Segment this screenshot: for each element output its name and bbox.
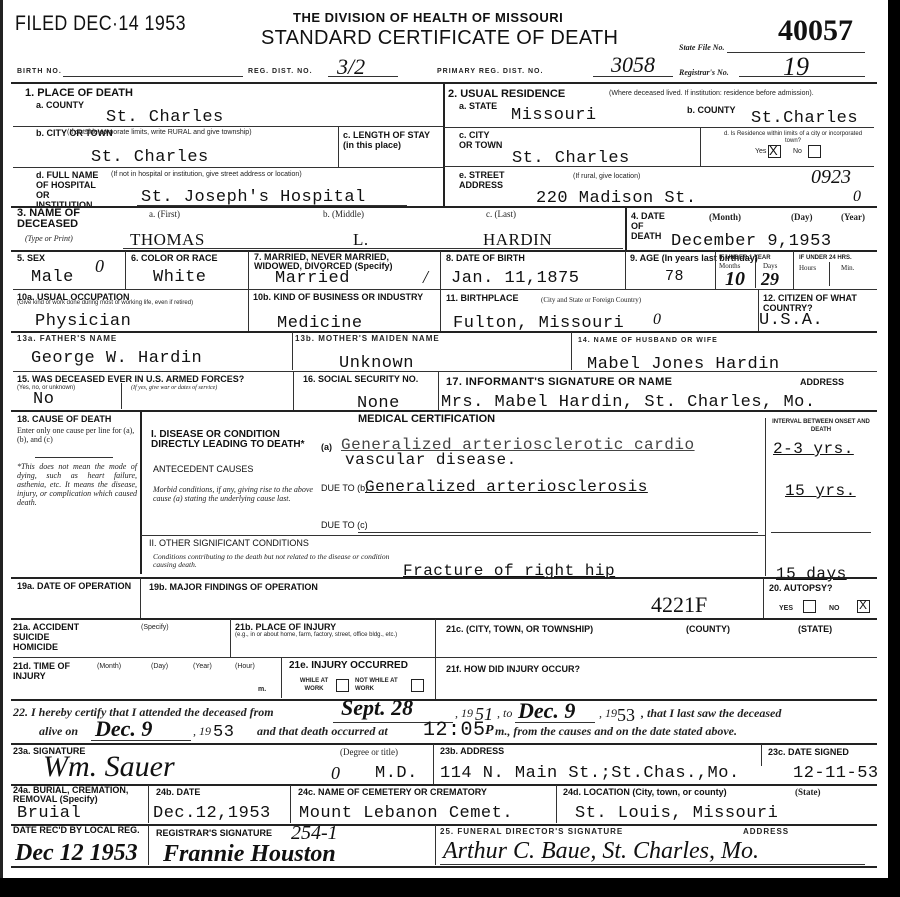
injury-m-label: m. [258,686,266,694]
injury-place-note: (e.g., in or about home, farm, factory, … [235,632,435,639]
death-ampm: P [485,720,494,742]
funeral-address-label: ADDRESS [743,828,789,836]
date-received: Dec 12 1953 [15,842,138,864]
year-prefix-3: , 19 [193,727,211,736]
cause-footnote: *This does not mean the mode of dying, s… [17,462,137,507]
place-of-death-label: 1. PLACE OF DEATH [25,87,133,99]
death-year-label: (Year) [841,213,865,221]
ssn-label: 16. SOCIAL SECURITY NO. [303,374,433,384]
injury-hour-label: (Hour) [235,663,255,671]
part2-note: Conditions contributing to the death but… [153,553,393,569]
county-label: a. COUNTY [36,100,84,110]
attended-to-date: Dec. 9 [518,700,575,722]
under-year-label: IF UNDER 1 YEAR [719,254,771,262]
usual-residence-note: (Where deceased lived. If institution: r… [609,90,814,98]
death-certificate: FILED DEC·14 1953 THE DIVISION OF HEALTH… [0,0,888,878]
injury-occurred-label: 21e. INJURY OCCURRED [289,661,408,671]
filed-stamp: FILED DEC·14 1953 [15,12,186,36]
within-limits-yes-checkbox[interactable]: X [768,145,781,158]
armed-forces-note2: (If yes, give war or dates of service) [131,384,217,392]
burial-state-label: (State) [795,788,821,796]
within-limits-no-label: No [793,148,802,156]
citizen-label: 12. CITIZEN OF WHAT COUNTRY? [763,293,875,313]
state-file-no-label: State File No. [679,43,725,52]
sex-label: 5. SEX [17,253,45,263]
residence-city-label: c. CITY OR TOWN [459,130,504,150]
hours-label: Hours [799,264,816,272]
part2-label: II. OTHER SIGNIFICANT CONDITIONS [149,538,309,548]
injury-type-label: 21a. ACCIDENT SUICIDE HOMICIDE [13,622,93,652]
date-of-death: December 9,1953 [671,233,832,251]
interval-b: 15 yrs. [785,482,856,500]
marital-code: / [423,266,428,288]
informant-address-label: ADDRESS [800,377,844,387]
name-of-deceased-label: 3. NAME OF DECEASED [17,208,117,230]
certify-line2-end: m., from the causes and on the date stat… [495,727,737,736]
date-signed: 12-11-53 [793,765,879,783]
cemetery-label: 24c. NAME OF CEMETERY OR CREMATORY [298,787,487,797]
cemetery-name: Mount Lebanon Cemet. [299,805,513,823]
date-of-death-label: 4. DATE OF DEATH [631,211,671,241]
interval-a: 2-3 yrs. [773,440,854,458]
residence-code: 0923 [811,166,851,188]
reg-dist-label: REG. DIST. NO. [248,68,313,76]
antecedent-label: ANTECEDENT CAUSES [153,464,253,474]
death-day-label: (Day) [791,213,813,221]
to-label: , to [497,709,512,718]
residence-county: St.Charles [751,110,858,128]
residence-state-label: a. STATE [459,101,497,111]
physician-address-label: 23b. ADDRESS [440,746,504,756]
usual-residence-label: 2. USUAL RESIDENCE [448,88,565,100]
autopsy-no-checkbox[interactable]: X [857,600,870,613]
antecedent-note: Morbid conditions, if any, giving rise t… [153,485,318,503]
primary-reg-dist-label: PRIMARY REG. DIST. NO. [437,68,543,76]
last-name-label: c. (Last) [486,210,516,218]
birthplace-code: 0 [653,309,661,331]
months-value: 10 [725,268,745,290]
middle-name: L. [353,231,369,249]
city-note: (If outside corporate limits, write RURA… [67,129,317,137]
burial-type-label: 24a. BURIAL, CREMATION, REMOVAL (Specify… [13,786,148,804]
injury-place-label: 21b. PLACE OF INJURY [235,622,336,632]
middle-name-label: b. (Middle) [323,210,364,218]
informant-label: 17. INFORMANT'S SIGNATURE OR NAME [446,376,672,388]
armed-forces-label: 15. WAS DECEASED EVER IN U.S. ARMED FORC… [17,374,244,384]
signature-code: 0 [331,762,340,784]
cause-of-death-label: 18. CAUSE OF DEATH [17,414,111,424]
registrar-signature-label: REGISTRAR'S SIGNATURE [156,828,272,838]
race-label: 6. COLOR OR RACE [131,253,218,263]
injury-time-label: 21d. TIME OF INJURY [13,661,83,681]
spouse-label: 14. NAME OF HUSBAND OR WIFE [578,337,718,345]
cause-a-label: (a) [321,442,332,452]
funeral-director-signature: Arthur C. Baue, St. Charles, Mo. [443,840,759,862]
cause-c-label: DUE TO (c) [321,520,368,530]
injury-how-label: 21f. HOW DID INJURY OCCUR? [446,664,580,674]
injury-year-label: (Year) [193,663,212,671]
date-of-birth: Jan. 11,1875 [451,270,579,288]
physician-signature: Wm. Sauer [43,756,175,778]
first-name: THOMAS [130,231,205,249]
hospital-label: d. FULL NAME OF HOSPITAL OR INSTITUTION [36,170,108,210]
at-work-label: WHILE AT WORK [293,677,335,693]
hospital-note: (If not in hospital or institution, give… [111,171,302,179]
injury-state-label: (STATE) [798,624,832,634]
father-label: 13a. FATHER'S NAME [17,335,117,343]
registrars-no-label: Registrar's No. [679,68,729,77]
alive-on-date: Dec. 9 [95,718,152,740]
mother-label: 13b. MOTHER'S MAIDEN NAME [295,335,440,343]
state-file-number: 40057 [778,14,853,48]
alive-on-year: 53 [213,724,234,742]
physician-degree: M.D. [375,765,418,783]
date-signed-label: 23c. DATE SIGNED [768,747,849,757]
alive-on-label: alive on [39,727,78,736]
residence-code-2: 0 [853,186,861,208]
age-value: 78 [665,268,684,286]
burial-location-label: 24d. LOCATION (City, town, or county) [563,787,727,797]
autopsy-yes-checkbox[interactable] [803,600,816,613]
injury-day-label: (Day) [151,663,168,671]
injury-type-note: (Specify) [141,624,169,632]
not-at-work-checkbox[interactable] [411,679,424,692]
sex-value: Male [31,269,74,287]
interval-other: 15 days [776,565,847,583]
residence-county-label: b. COUNTY [687,105,736,115]
birthplace-label: 11. BIRTHPLACE [446,293,519,303]
citizen-value: U.S.A. [759,312,823,330]
part1-label: I. DISEASE OR CONDITION DIRECTLY LEADING… [151,430,321,450]
medical-certification-title: MEDICAL CERTIFICATION [358,413,495,425]
death-month-label: (Month) [709,213,741,221]
degree-label: (Degree or title) [340,748,398,756]
registrar-signature: Frannie Houston [163,843,336,865]
primary-reg-dist-number: 3058 [611,54,655,76]
attended-to-year: 53 [617,704,635,726]
street-note: (If rural, give location) [573,173,640,181]
death-time: 12:05 [423,722,486,740]
length-of-stay-label: c. LENGTH OF STAY (in this place) [343,130,441,150]
autopsy-no-label: NO [829,605,840,613]
within-limits-label: d. Is Residence within limits of a city … [723,131,863,145]
under-day-label: IF UNDER 24 HRS. [799,254,852,262]
burial-type: Bruial [17,805,81,823]
days-value: 29 [761,268,779,290]
reg-dist-number: 3/2 [337,56,365,78]
operation-date-label: 19a. DATE OF OPERATION [17,581,132,591]
not-at-work-label: NOT WHILE AT WORK [355,677,401,693]
occupation-note: (Give kind of work done during most of w… [17,300,242,307]
medical-code: 4221F [651,594,707,616]
burial-date-label: 24b. DATE [156,787,200,797]
autopsy-label: 20. AUTOPSY? [769,583,833,593]
at-work-checkbox[interactable] [336,679,349,692]
injury-county-label: (COUNTY) [686,624,730,634]
mins-label: Min. [841,264,854,272]
within-limits-no-checkbox[interactable] [808,145,821,158]
cause-instructions: Enter only one cause per line for (a), (… [17,426,135,444]
first-name-label: a. (First) [149,210,180,218]
occupation-value: Physician [35,313,131,331]
date-of-birth-label: 8. DATE OF BIRTH [446,253,525,263]
last-name: HARDIN [483,231,552,249]
armed-forces-value: No [33,391,54,409]
year-prefix-1: , 19 [455,709,473,718]
residence-state: Missouri [511,107,597,125]
birthplace-note: (City and State or Foreign Country) [541,296,641,304]
business-label: 10b. KIND OF BUSINESS OR INDUSTRY [253,292,433,302]
within-limits-yes-label: Yes [755,148,766,156]
sex-code: 0 [95,255,104,277]
registrars-number: 19 [783,56,809,78]
cause-b: Generalized arteriosclerosis [365,478,648,496]
autopsy-yes-label: YES [779,605,793,613]
interval-label: INTERVAL BETWEEN ONSET AND DEATH [768,418,874,434]
funeral-director-label: 25. FUNERAL DIRECTOR'S SIGNATURE [440,828,623,836]
certify-line1-end: , that I last saw the deceased [641,709,781,718]
race-value: White [153,269,207,287]
year-prefix-2: , 19 [599,709,617,718]
marital-status: Married [275,270,350,288]
date-received-label: DATE REC'D BY LOCAL REG. [13,826,143,835]
cause-a-continued: vascular disease. [345,451,517,469]
injury-month-label: (Month) [97,663,121,671]
operation-findings-label: 19b. MAJOR FINDINGS OF OPERATION [149,582,318,592]
burial-date: Dec.12,1953 [153,805,271,823]
injury-location-label: 21c. (CITY, TOWN, OR TOWNSHIP) [446,624,593,634]
agency-title: THE DIVISION OF HEALTH OF MISSOURI [293,10,563,25]
death-county: St. Charles [106,109,224,127]
physician-address: 114 N. Main St.;St.Chas.,Mo. [440,765,740,783]
certificate-title: STANDARD CERTIFICATE OF DEATH [261,27,618,50]
attended-from-date: Sept. 28 [341,697,413,719]
father-name: George W. Hardin [31,350,202,368]
birth-no-label: BIRTH NO. [17,68,62,76]
burial-location: St. Louis, Missouri [575,805,778,823]
death-city: St. Charles [91,149,209,167]
death-occurred-label: and that death occurred at [257,727,388,736]
cause-b-label: DUE TO (b) [321,483,368,493]
type-or-print-note: (Type or Print) [25,234,73,243]
street-label: e. STREET ADDRESS [459,170,519,190]
